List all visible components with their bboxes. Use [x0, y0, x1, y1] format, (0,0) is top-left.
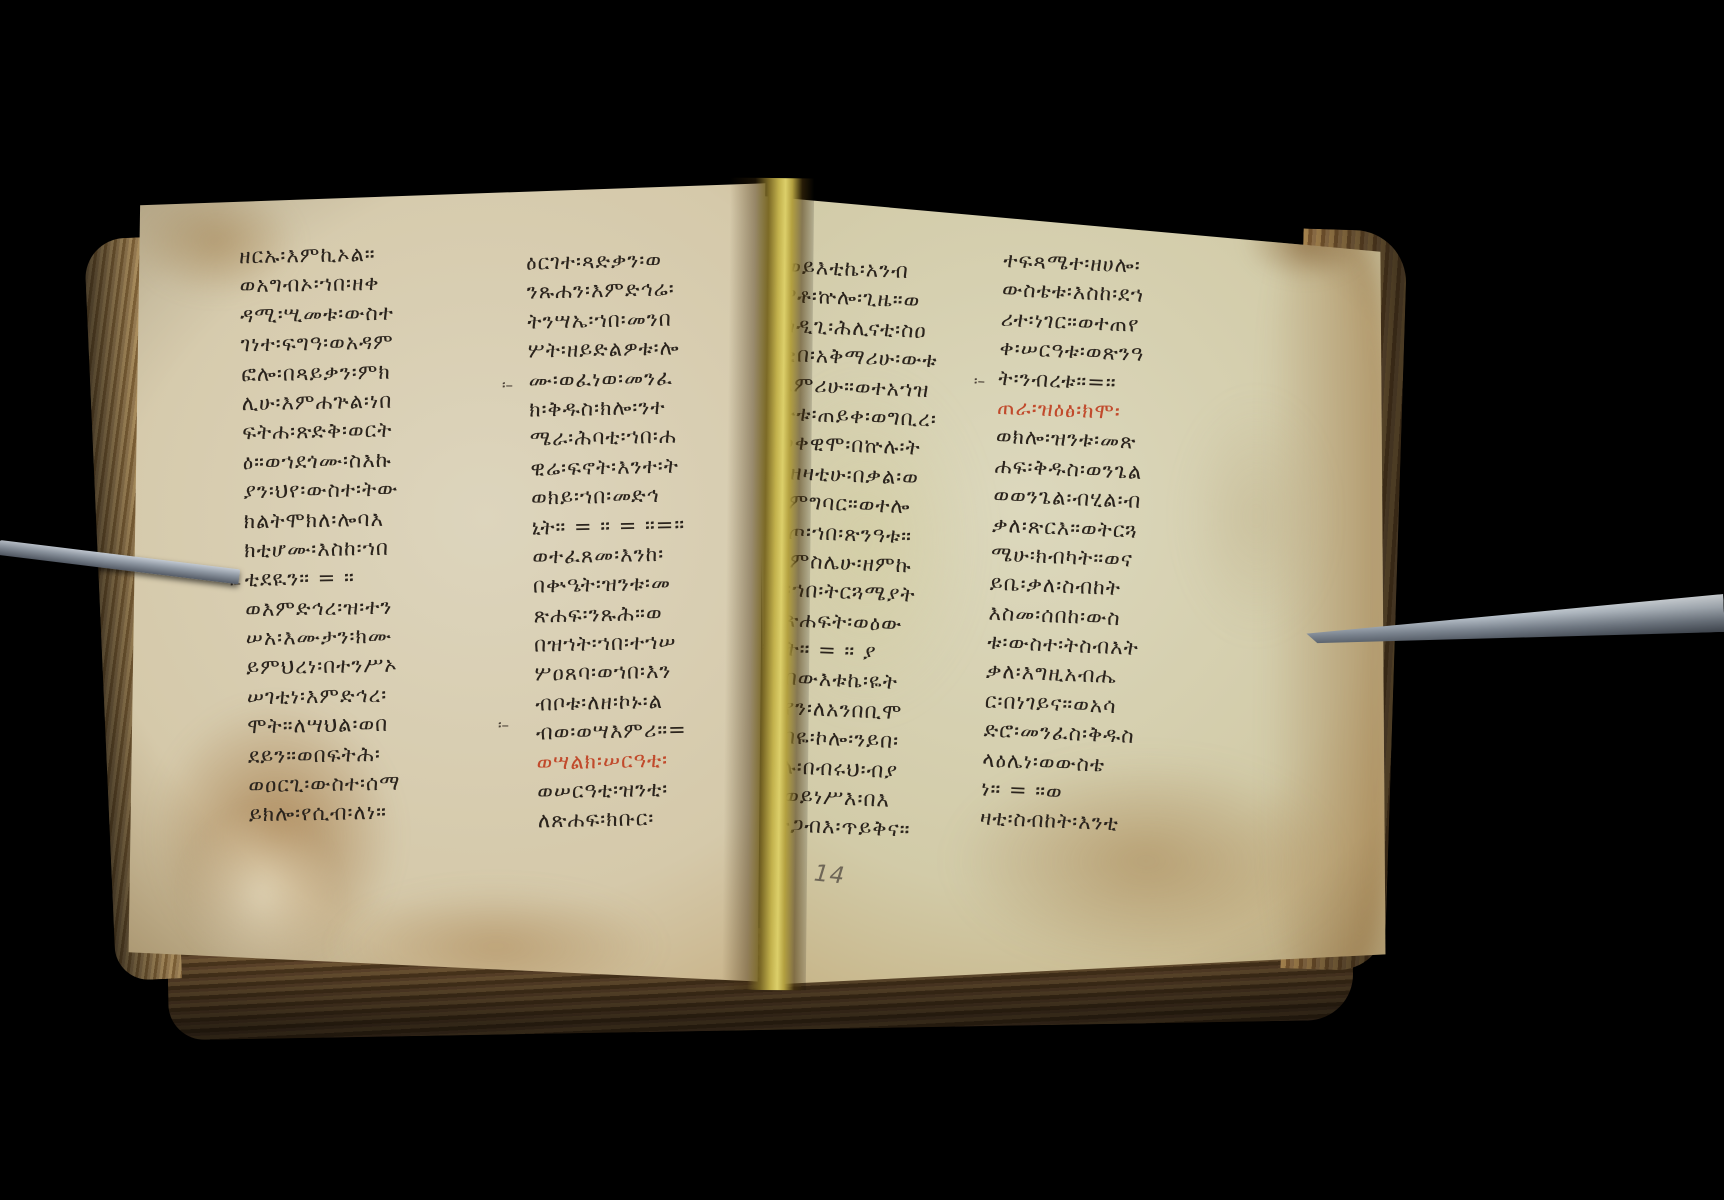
- text-line: ሠአ፡እሙታን፡ክሙ: [246, 620, 508, 654]
- text-line: ወዐርጊ፡ውስተ፡ሰማ: [248, 767, 510, 801]
- text-line: ቲደዪን። = ።: [245, 561, 507, 595]
- text-line: ዘርኡ፡እምኪኦል።: [239, 238, 501, 272]
- margin-mark: ፡–: [498, 716, 509, 734]
- text-line: ሊሁ፡እምሐጕል፡ነበ: [241, 385, 503, 419]
- text-line: ዳሚ፡ሢመቱ፡ውስተ: [240, 297, 502, 331]
- text-line: ዕ።ወኀደጎሙ፡ስእኩ: [242, 443, 504, 477]
- text-line: ደይን።ወበፍትሕ፡: [248, 737, 510, 771]
- page-number: 14: [813, 860, 847, 889]
- margin-mark: ፡–: [502, 376, 513, 394]
- stain-blob: [1264, 236, 1394, 976]
- text-line: ገነተ፡ፍግዓ፡ወአዳም: [240, 326, 502, 360]
- text-line: ወእምድኅረ፡ዝ፡ተን: [245, 590, 507, 624]
- text-line: ሠገቲነ፡እምድኅረ፡: [247, 679, 509, 713]
- text-line: ፍትሐ፡ጽድቅ፡ወርት: [242, 414, 504, 448]
- text-line: ያን፡ህየ፡ውስተ፡ትው: [243, 473, 505, 507]
- left-page-column-1: ዘርኡ፡እምኪኦል።ወአግብኦ፡ኀበ፡ዘቀዳሚ፡ሢመቱ፡ውስተገነተ፡ፍግዓ፡ወ…: [239, 238, 511, 830]
- text-line: ክልትሞክለ፡ሎባእ: [244, 502, 506, 536]
- left-page-column-2: ዕርገተ፡ጻድቃን፡ወንጹሐን፡እምድኅሬ፡ትንሣኤ፡ኀበ፡መንበሦት፡ዘይድል…: [526, 243, 788, 836]
- text-line: ይምህረነ፡በተንሥኦ: [246, 649, 508, 683]
- text-line: ፎሎ፡በጻይቃን፡ምክ: [241, 355, 503, 389]
- manuscript-photo: ዘርኡ፡እምኪኦል።ወአግብኦ፡ኀበ፡ዘቀዳሚ፡ሢመቱ፡ውስተገነተ፡ፍግዓ፡ወ…: [0, 0, 1724, 1200]
- text-line: ወአግብኦ፡ኀበ፡ዘቀ: [239, 267, 501, 301]
- text-line: ክቲሆሙ፡እስከ፡ኀበ: [244, 532, 506, 566]
- right-page: ወይእቲኬ፡አንብዖቶ፡ኵሎ፡ጊዜ።ወኀዲጊ፡ሕሊናቲ፡ስዐቂበ፡አቅማሪሁ፡ው…: [756, 186, 1388, 988]
- right-page-column-2: ተፍጻሜተ፡ዘሀሎ፡ውስቴቱ፡እስከ፡ደኀሪተ፡ነገር።ወተጠየቀ፡ሠርዓቱ፡ወ…: [979, 246, 1259, 844]
- margin-mark: ፡–: [974, 372, 986, 390]
- text-line: ይክሎ፡የሲብ፡ለነ።: [249, 796, 511, 830]
- margin-mark: ፡–: [762, 638, 774, 656]
- text-line: ለጽሐፍ፡ክቡር፡: [538, 802, 789, 837]
- text-line: ሞት።ለሣህል፡ወበ: [247, 708, 509, 742]
